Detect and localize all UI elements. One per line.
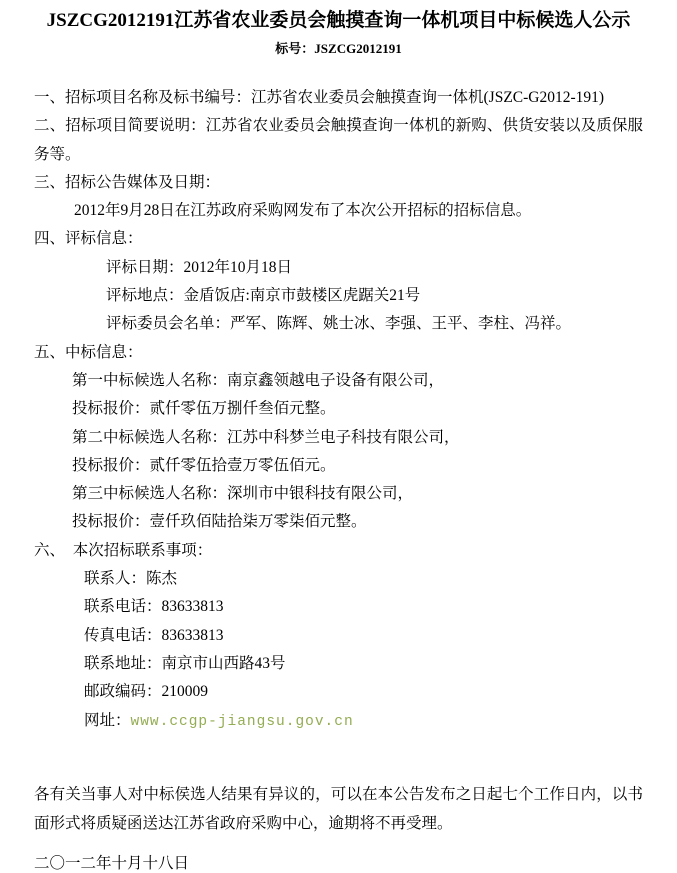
document-date: 二〇一二年十月十八日 (34, 853, 643, 873)
document-line: 传真电话：83633813 (84, 622, 643, 650)
document-line: 投标报价：贰仟零伍拾壹万零伍佰元。 (72, 452, 643, 480)
document-line: 五、中标信息： (34, 339, 643, 367)
document-line: 联系地址：南京市山西路43号 (84, 650, 643, 678)
document-line: 四、评标信息： (34, 225, 643, 253)
document-line: 网址：www.ccgp-jiangsu.gov.cn (84, 707, 643, 736)
website-link[interactable]: www.ccgp-jiangsu.gov.cn (131, 714, 354, 730)
document-line: 联系人：陈杰 (84, 565, 643, 593)
document-line: 联系电话：83633813 (84, 593, 643, 621)
document-line: 六、 本次招标联系事项： (34, 537, 643, 565)
document-line: 2012年9月28日在江苏政府采购网发布了本次公开招标的招标信息。 (74, 197, 643, 225)
document-line: 投标报价：贰仟零伍万捌仟叁佰元整。 (72, 395, 643, 423)
document-line: 第二中标候选人名称：江苏中科梦兰电子科技有限公司， (72, 424, 643, 452)
document-line: 投标报价：壹仟玖佰陆拾柒万零柒佰元整。 (72, 508, 643, 536)
document-line: 一、招标项目名称及标书编号：江苏省农业委员会触摸查询一体机(JSZC-G2012… (34, 84, 643, 112)
page-title: JSZCG2012191江苏省农业委员会触摸查询一体机项目中标候选人公示 (34, 8, 643, 34)
document-line: 第一中标候选人名称：南京鑫领越电子设备有限公司， (72, 367, 643, 395)
document-line: 三、招标公告媒体及日期： (34, 169, 643, 197)
document-line: 评标日期：2012年10月18日 (106, 254, 643, 282)
document-line: 邮政编码：210009 (84, 678, 643, 706)
notice-page: JSZCG2012191江苏省农业委员会触摸查询一体机项目中标候选人公示 标号：… (0, 0, 677, 873)
website-label: 网址： (84, 712, 131, 729)
bid-number-subtitle: 标号：JSZCG2012191 (34, 41, 643, 57)
document-line: 二、招标项目简要说明：江苏省农业委员会触摸查询一体机的新购、供货安装以及质保服务… (34, 112, 643, 169)
document-body: 一、招标项目名称及标书编号：江苏省农业委员会触摸查询一体机(JSZC-G2012… (34, 84, 643, 736)
document-line: 第三中标候选人名称：深圳市中银科技有限公司， (72, 480, 643, 508)
document-line: 评标地点：金盾饭店:南京市鼓楼区虎踞关21号 (106, 282, 643, 310)
document-line: 评标委员会名单：严军、陈辉、姚士冰、李强、王平、李柱、冯祥。 (106, 310, 643, 338)
closing-paragraph: 各有关当事人对中标侯选人结果有异议的，可以在本公告发布之日起七个工作日内，以书面… (34, 780, 643, 839)
